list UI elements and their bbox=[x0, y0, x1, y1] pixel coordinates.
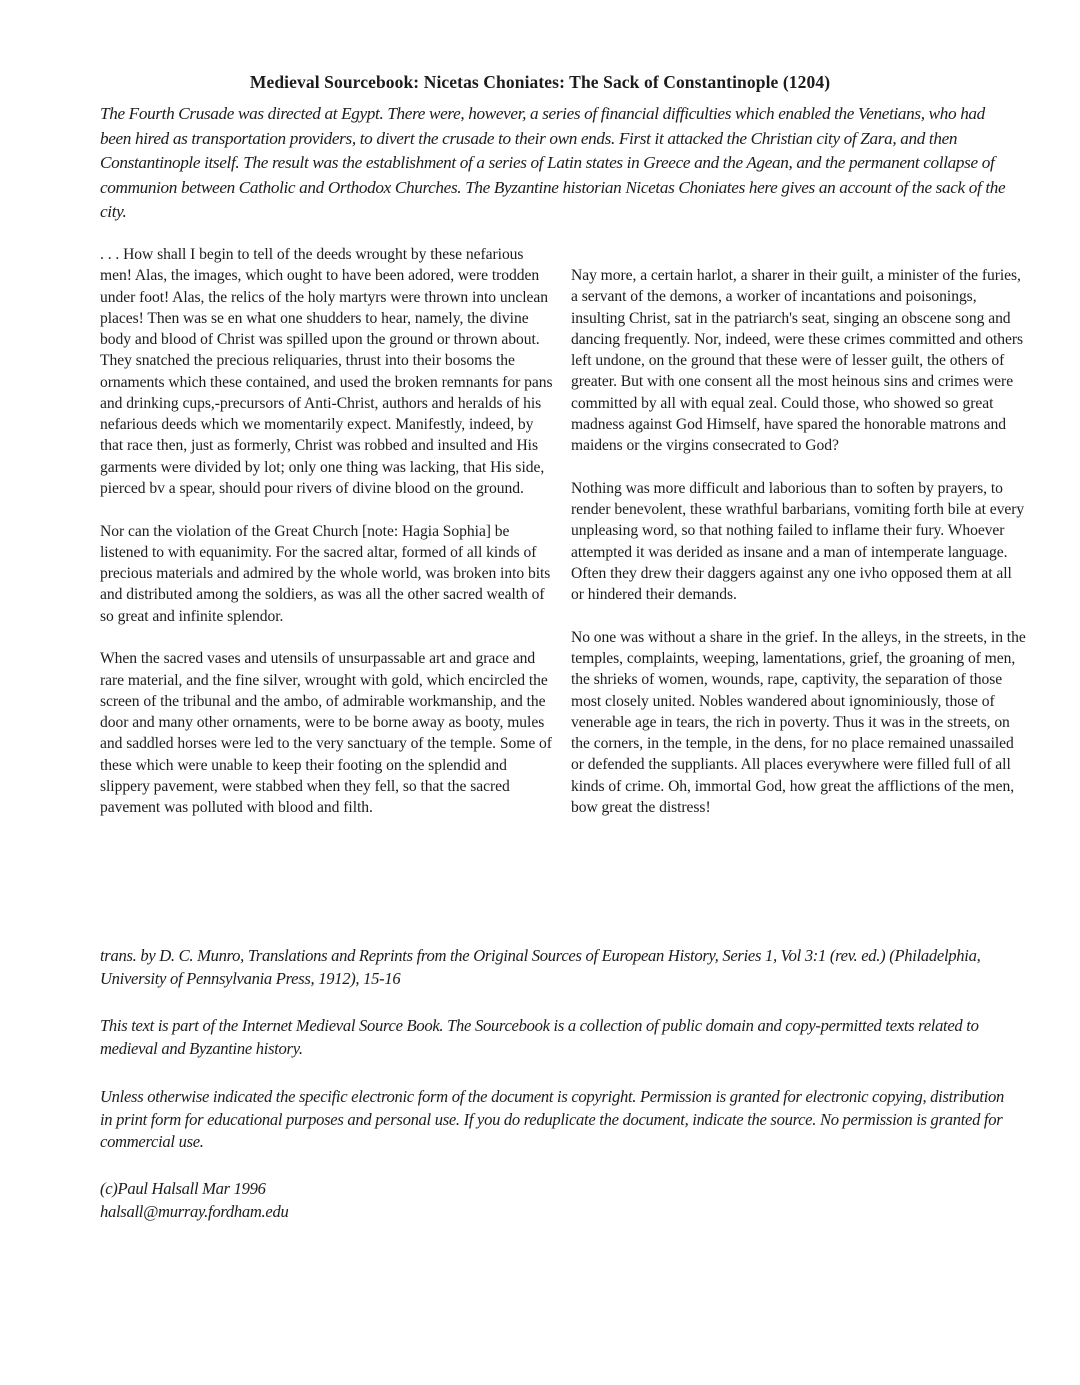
contact-email: halsall@murray.fordham.edu bbox=[100, 1201, 1015, 1224]
intro-paragraph: The Fourth Crusade was directed at Egypt… bbox=[100, 102, 1015, 225]
body-paragraph: When the sacred vases and utensils of un… bbox=[100, 648, 555, 818]
body-paragraph: Nor can the violation of the Great Churc… bbox=[100, 521, 555, 627]
citation: trans. by D. C. Munro, Translations and … bbox=[100, 945, 1015, 990]
body-paragraph: Nay more, a certain harlot, a sharer in … bbox=[571, 265, 1026, 456]
body-paragraph: Nothing was more difficult and laborious… bbox=[571, 478, 1026, 606]
page-title: Medieval Sourcebook: Nicetas Choniates: … bbox=[0, 72, 1080, 93]
left-column: . . . How shall I begin to tell of the d… bbox=[100, 244, 555, 840]
sourcebook-note: This text is part of the Internet Mediev… bbox=[100, 1015, 1015, 1060]
body-paragraph: No one was without a share in the grief.… bbox=[571, 627, 1026, 818]
permissions-note: Unless otherwise indicated the specific … bbox=[100, 1086, 1015, 1154]
copyright-line: (c)Paul Halsall Mar 1996 bbox=[100, 1178, 1015, 1201]
copyright-block: (c)Paul Halsall Mar 1996 halsall@murray.… bbox=[100, 1178, 1015, 1223]
right-column: Nay more, a certain harlot, a sharer in … bbox=[571, 265, 1026, 840]
body-paragraph: . . . How shall I begin to tell of the d… bbox=[100, 244, 555, 499]
